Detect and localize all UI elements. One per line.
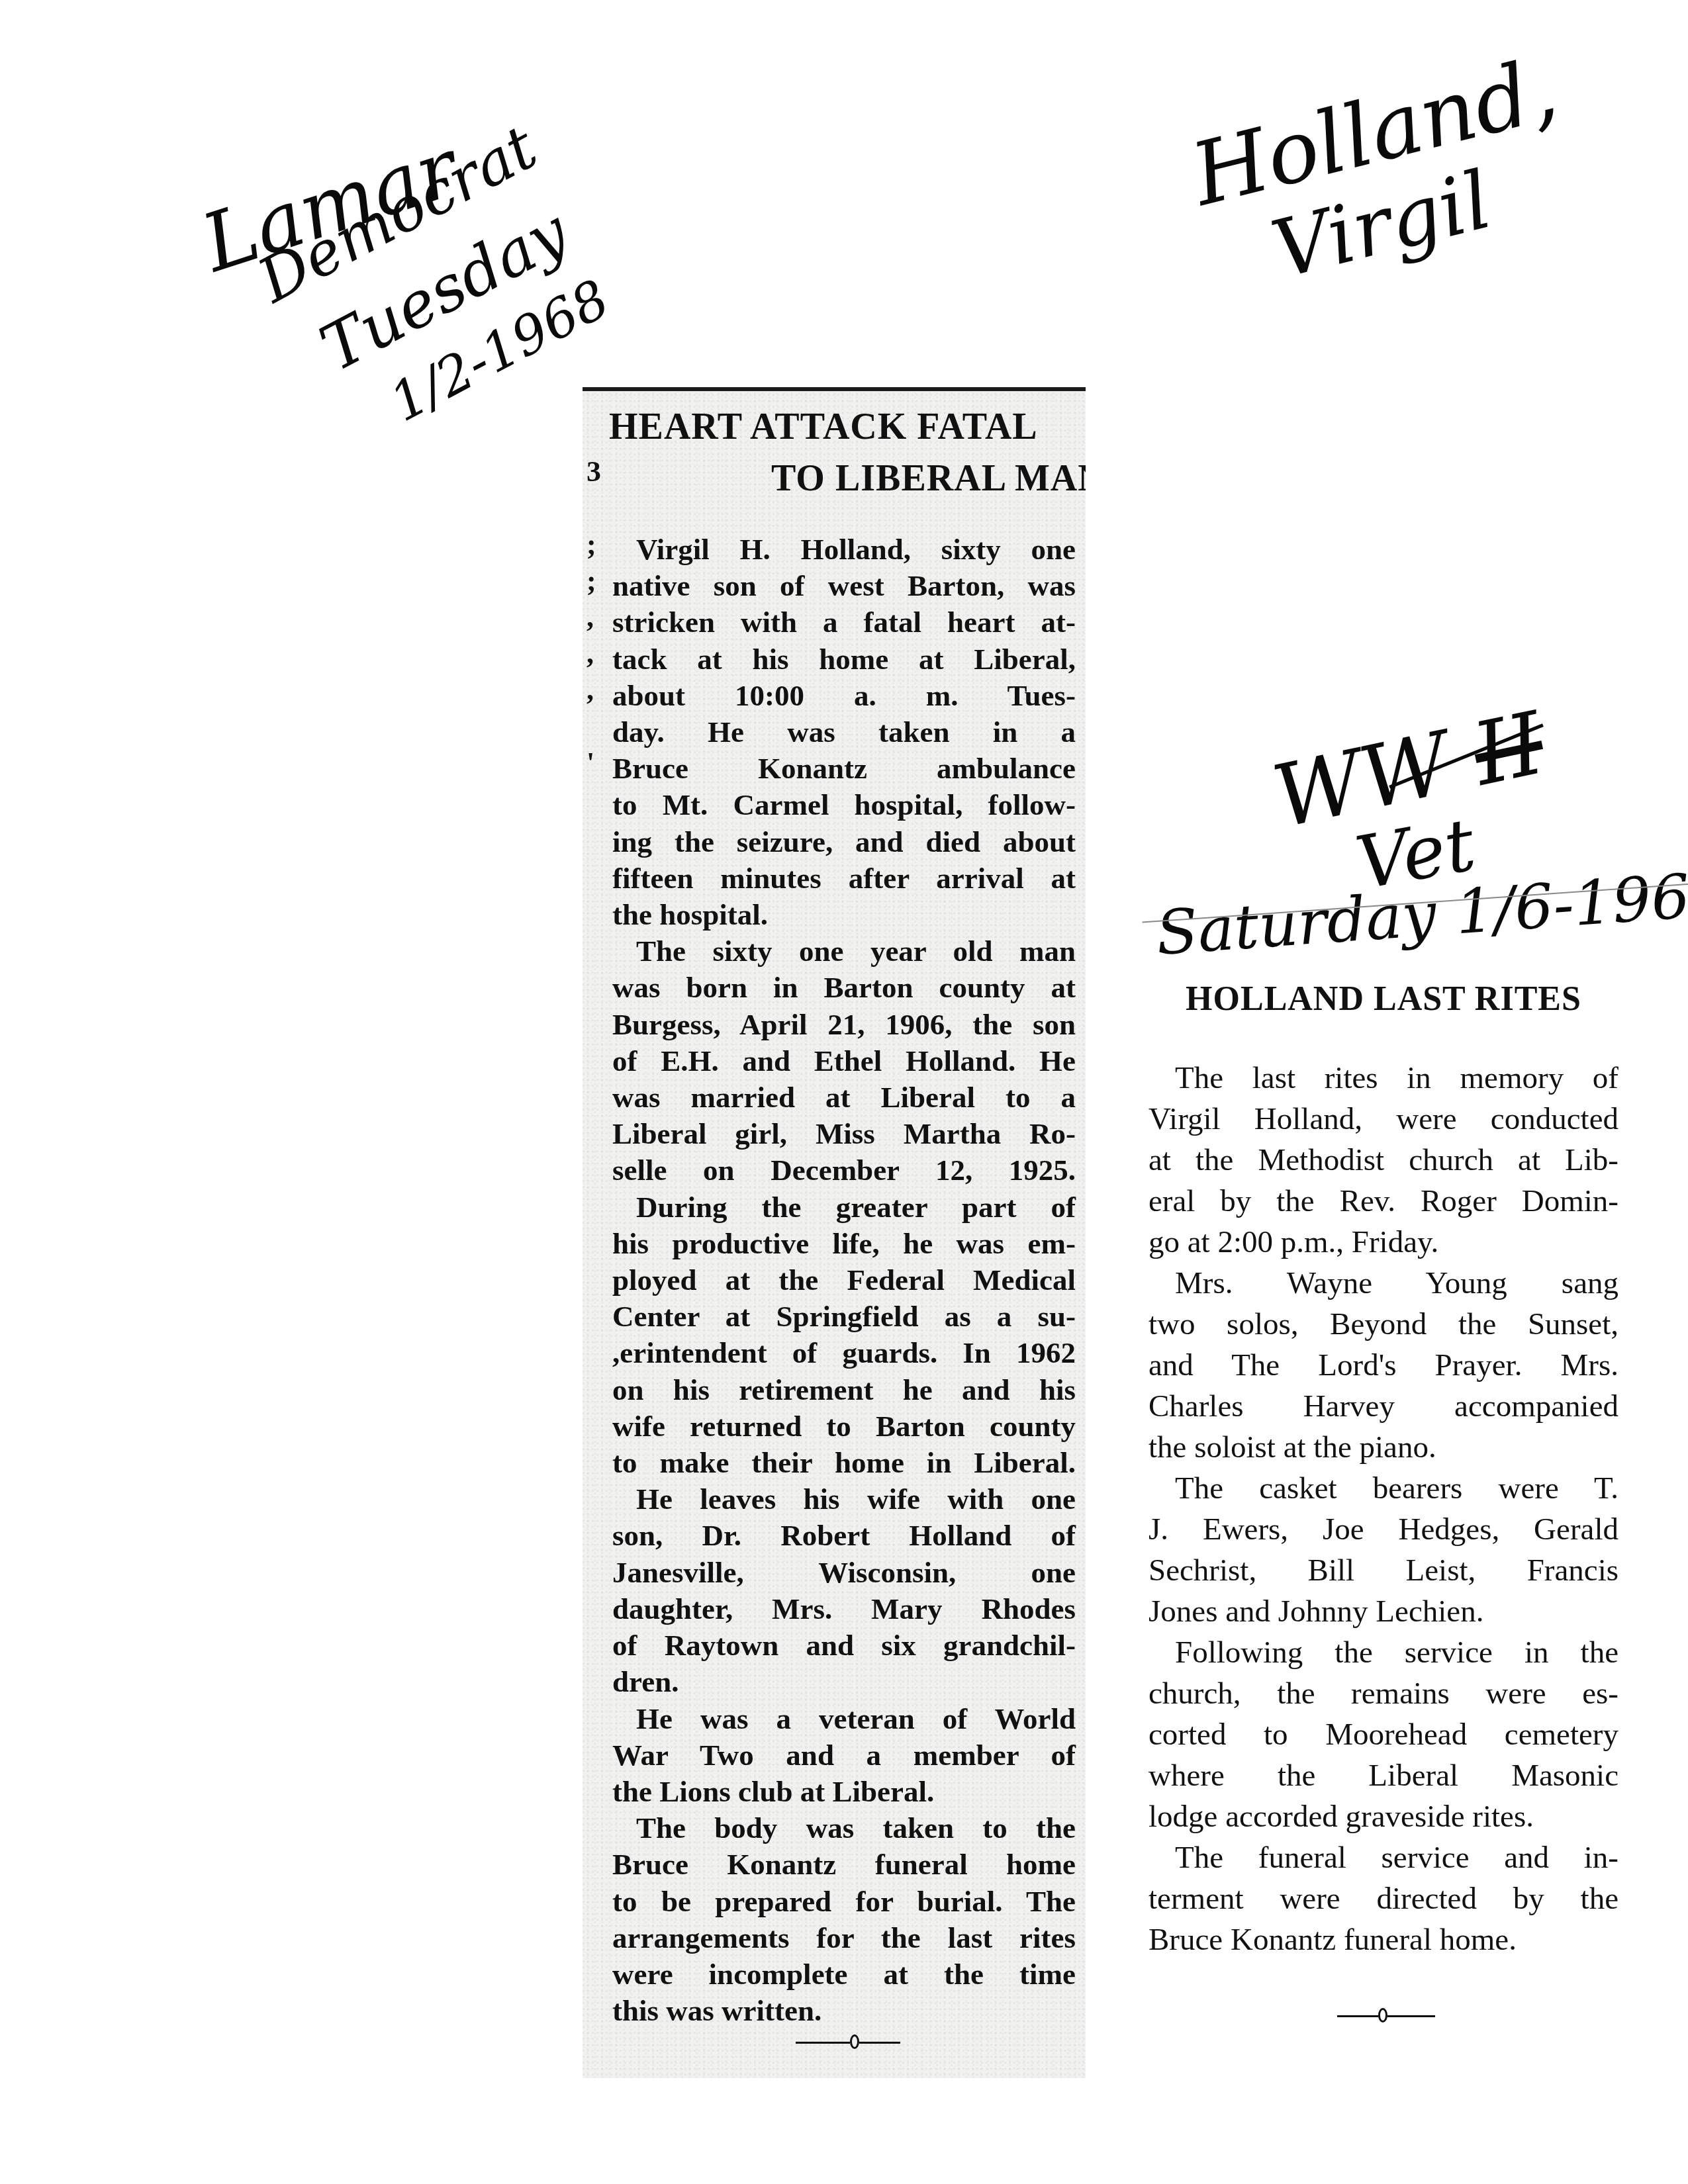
clipping-heart-attack-fatal: 3 ; ; , , , ' HEART ATTACK FATAL TO LIBE… bbox=[583, 387, 1086, 2078]
article-line: eral by the Rev. Roger Domin- bbox=[1149, 1181, 1618, 1222]
article-line: at the Methodist church at Lib- bbox=[1149, 1140, 1618, 1181]
article-line: native son of west Barton, was bbox=[612, 568, 1076, 604]
end-of-article-mark bbox=[1337, 2005, 1436, 2026]
article-line: Virgil H. Holland, sixty one bbox=[612, 531, 1076, 568]
article-line: Jones and Johnny Lechien. bbox=[1149, 1591, 1618, 1632]
end-of-article-mark bbox=[796, 2032, 902, 2053]
article-line: to make their home in Liberal. bbox=[612, 1445, 1076, 1481]
article-line: ing the seizure, and died about bbox=[612, 824, 1076, 860]
headline: HOLLAND LAST RITES bbox=[1172, 979, 1595, 1019]
article-line: ployed at the Federal Medical bbox=[612, 1262, 1076, 1298]
article-line: The casket bearers were T. bbox=[1149, 1468, 1618, 1509]
article-body: Virgil H. Holland, sixty onenative son o… bbox=[612, 531, 1076, 2029]
article-line: J. Ewers, Joe Hedges, Gerald bbox=[1149, 1509, 1618, 1550]
article-line: Burgess, April 21, 1906, the son bbox=[612, 1007, 1076, 1043]
article-line: the hospital. bbox=[612, 897, 1076, 933]
article-line: corted to Moorehead cemetery bbox=[1149, 1714, 1618, 1755]
article-line: tack at his home at Liberal, bbox=[612, 641, 1076, 678]
article-line: dren. bbox=[612, 1664, 1076, 1700]
article-line: During the greater part of bbox=[612, 1189, 1076, 1226]
article-line: selle on December 12, 1925. bbox=[612, 1152, 1076, 1189]
article-line: Bruce Konantz funeral home bbox=[612, 1846, 1076, 1883]
article-line: were incomplete at the time bbox=[612, 1956, 1076, 1993]
article-line: Bruce Konantz ambulance bbox=[612, 751, 1076, 787]
article-line: the soloist at the piano. bbox=[1149, 1427, 1618, 1468]
article-line: the Lions club at Liberal. bbox=[612, 1774, 1076, 1810]
article-line: to be prepared for burial. The bbox=[612, 1884, 1076, 1920]
column-top-rule bbox=[583, 387, 1086, 391]
article-line: Liberal girl, Miss Martha Ro- bbox=[612, 1116, 1076, 1152]
article-line: The sixty one year old man bbox=[612, 933, 1076, 970]
article-line: this was written. bbox=[612, 1993, 1076, 2029]
article-line: two solos, Beyond the Sunset, bbox=[1149, 1304, 1618, 1345]
headline-line-1: HEART ATTACK FATAL bbox=[609, 408, 1086, 445]
article-line: War Two and a member of bbox=[612, 1737, 1076, 1774]
article-line: Following the service in the bbox=[1149, 1632, 1618, 1673]
article-line: and The Lord's Prayer. Mrs. bbox=[1149, 1345, 1618, 1386]
article-line: terment were directed by the bbox=[1149, 1878, 1618, 1919]
article-line: day. He was taken in a bbox=[612, 714, 1076, 751]
article-line: lodge accorded graveside rites. bbox=[1149, 1796, 1618, 1837]
article-line: Center at Springfield as a su- bbox=[612, 1298, 1076, 1335]
article-line: go at 2:00 p.m., Friday. bbox=[1149, 1222, 1618, 1263]
adjacent-column-fragments: 3 ; ; , , , ' bbox=[586, 453, 600, 781]
headline-line-2: TO LIBERAL MAN bbox=[771, 460, 1086, 497]
article-line: ,erintendent of guards. In 1962 bbox=[612, 1335, 1076, 1371]
article-line: daughter, Mrs. Mary Rhodes bbox=[612, 1591, 1076, 1627]
article-line: of E.H. and Ethel Holland. He bbox=[612, 1043, 1076, 1079]
article-line: Virgil Holland, were conducted bbox=[1149, 1099, 1618, 1140]
article-line: to Mt. Carmel hospital, follow- bbox=[612, 787, 1076, 823]
article-line: his productive life, he was em- bbox=[612, 1226, 1076, 1262]
article-body: The last rites in memory ofVirgil Hollan… bbox=[1149, 1058, 1618, 1960]
article-line: He was a veteran of World bbox=[612, 1701, 1076, 1737]
article-line: Charles Harvey accompanied bbox=[1149, 1386, 1618, 1427]
article-line: where the Liberal Masonic bbox=[1149, 1755, 1618, 1796]
article-line: about 10:00 a. m. Tues- bbox=[612, 678, 1076, 714]
article-line: was born in Barton county at bbox=[612, 970, 1076, 1006]
article-line: The funeral service and in- bbox=[1149, 1837, 1618, 1878]
article-line: church, the remains were es- bbox=[1149, 1673, 1618, 1714]
article-line: Bruce Konantz funeral home. bbox=[1149, 1919, 1618, 1960]
article-line: son, Dr. Robert Holland of bbox=[612, 1518, 1076, 1554]
article-line: Mrs. Wayne Young sang bbox=[1149, 1263, 1618, 1304]
article-line: Sechrist, Bill Leist, Francis bbox=[1149, 1550, 1618, 1591]
article-line: Janesville, Wisconsin, one bbox=[612, 1555, 1076, 1591]
article-line: wife returned to Barton county bbox=[612, 1408, 1076, 1445]
article-line: The body was taken to the bbox=[612, 1810, 1076, 1846]
article-line: of Raytown and six grandchil- bbox=[612, 1627, 1076, 1664]
article-line: fifteen minutes after arrival at bbox=[612, 860, 1076, 897]
article-line: arrangements for the last rites bbox=[612, 1920, 1076, 1956]
article-line: He leaves his wife with one bbox=[612, 1481, 1076, 1518]
clipping-holland-last-rites: HOLLAND LAST RITES The last rites in mem… bbox=[1145, 960, 1622, 2052]
article-line: The last rites in memory of bbox=[1149, 1058, 1618, 1099]
article-line: stricken with a fatal heart at- bbox=[612, 604, 1076, 641]
article-line: on his retirement he and his bbox=[612, 1372, 1076, 1408]
article-line: was married at Liberal to a bbox=[612, 1079, 1076, 1116]
